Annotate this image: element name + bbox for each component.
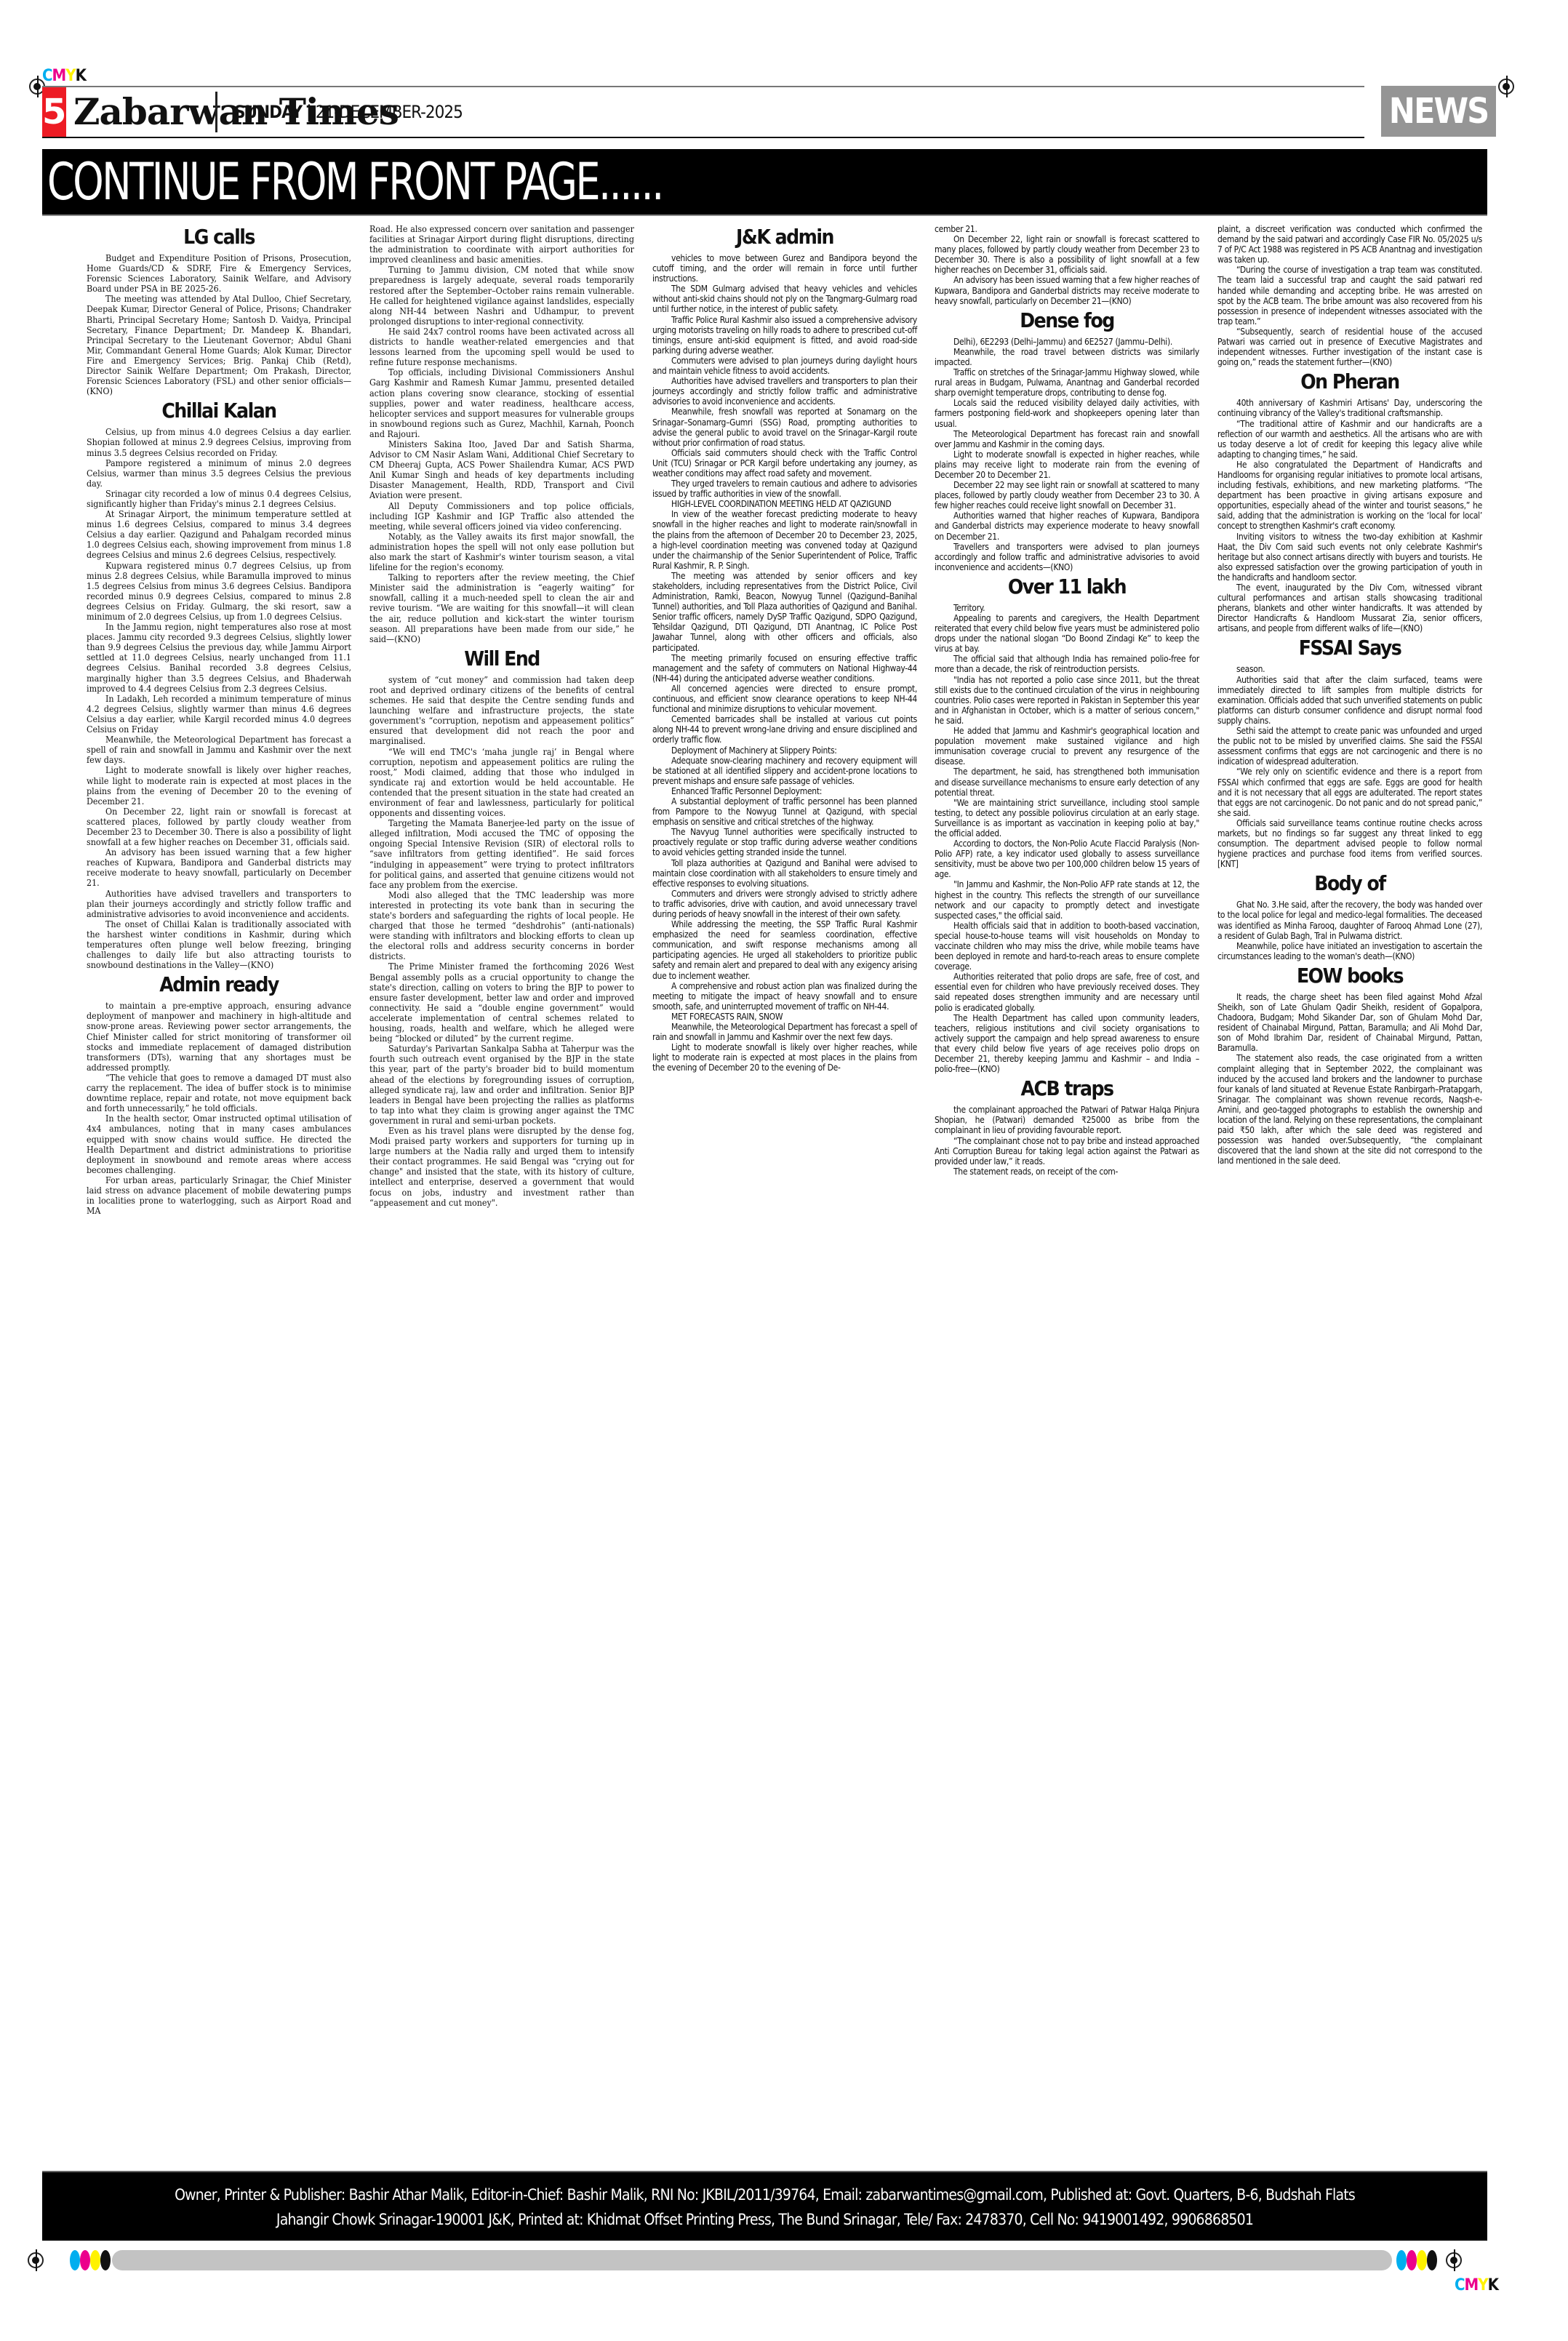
page-number: 5 xyxy=(42,87,66,137)
story-paragraph: Territory. xyxy=(935,603,1199,613)
imprint-line-2: Jahangir Chowk Srinagar-190001 J&K, Prin… xyxy=(42,2207,1487,2232)
yellow-swatch xyxy=(90,2250,100,2270)
story-paragraph: Light to moderate snowfall is expected i… xyxy=(935,449,1199,480)
black-swatch xyxy=(100,2250,111,2270)
story-paragraph: All Deputy Commissioners and top police … xyxy=(369,501,634,532)
cmyk-m: M xyxy=(52,67,66,85)
story-paragraph: Sethi said the attempt to create panic w… xyxy=(1217,726,1482,767)
story-paragraph: Ministers Sakina Itoo, Javed Dar and Sat… xyxy=(369,439,634,501)
cmyk-y: Y xyxy=(1478,2276,1487,2294)
column-1: LG callsBudget and Expenditure Position … xyxy=(87,224,351,1216)
story-paragraph: The official said that although India ha… xyxy=(935,654,1199,674)
registration-mark-icon xyxy=(1498,79,1514,95)
story-paragraph: The statement reads, on receipt of the c… xyxy=(935,1167,1199,1177)
cmyk-c: C xyxy=(1455,2276,1465,2294)
story-headline: LG calls xyxy=(87,224,351,250)
story-paragraph: season. xyxy=(1217,664,1482,674)
story-paragraph: Pampore registered a minimum of minus 2.… xyxy=(87,458,351,489)
story-paragraph: Light to moderate snowfall is likely ove… xyxy=(87,765,351,806)
imprint-footer: Owner, Printer & Publisher: Bashir Athar… xyxy=(42,2171,1487,2241)
story-paragraph: In the Jammu region, night temperatures … xyxy=(87,622,351,694)
story-paragraph: “The complainant chose not to pay bribe … xyxy=(935,1136,1199,1167)
story-paragraph: Kupwara registered minus 0.7 degrees Cel… xyxy=(87,561,351,623)
story-paragraph: According to doctors, the Non-Polio Acut… xyxy=(935,839,1199,879)
cmyk-k: K xyxy=(1488,2276,1498,2294)
story-paragraph: Officials said surveillance teams contin… xyxy=(1217,818,1482,869)
story-paragraph: 40th anniversary of Kashmiri Artisans' D… xyxy=(1217,398,1482,418)
story-paragraph: All concerned agencies were directed to … xyxy=(652,684,917,714)
story-paragraph: On December 22, light rain or snowfall i… xyxy=(87,807,351,847)
story-paragraph: On December 22, light rain or snowfall i… xyxy=(935,234,1199,275)
story-headline: FSSAI Says xyxy=(1217,635,1482,661)
story-paragraph: system of “cut money” and commission had… xyxy=(369,675,634,747)
story-paragraph: plaint, a discreet verification was cond… xyxy=(1217,224,1482,265)
column-2: Road. He also expressed concern over san… xyxy=(369,224,634,1208)
story-paragraph: Celsius, up from minus 4.0 degrees Celsi… xyxy=(87,427,351,457)
color-calibration-bar xyxy=(42,2250,1497,2270)
story-paragraph: Authorities said that after the claim su… xyxy=(1217,675,1482,726)
story-headline: Over 11 lakh xyxy=(935,574,1199,600)
story-paragraph: Talking to reporters after the review me… xyxy=(369,572,634,644)
story-paragraph: Light to moderate snowfall is likely ove… xyxy=(652,1042,917,1073)
story-paragraph: Road. He also expressed concern over san… xyxy=(369,224,634,265)
story-paragraph: "We are maintaining strict surveillance,… xyxy=(935,798,1199,839)
story-paragraph: A substantial deployment of traffic pers… xyxy=(652,796,917,827)
story-paragraph: “The vehicle that goes to remove a damag… xyxy=(87,1073,351,1113)
story-paragraph: In Ladakh, Leh recorded a minimum temper… xyxy=(87,694,351,735)
story-paragraph: Travellers and transporters were advised… xyxy=(935,542,1199,572)
story-paragraph: A comprehensive and robust action plan w… xyxy=(652,981,917,1012)
story-paragraph: An advisory has been issued warning that… xyxy=(87,847,351,888)
story-paragraph: Notably, as the Valley awaits its first … xyxy=(369,532,634,572)
story-paragraph: The SDM Gulmarg advised that heavy vehic… xyxy=(652,284,917,314)
story-paragraph: Meanwhile, the road travel between distr… xyxy=(935,347,1199,367)
story-paragraph: Authorities have advised travellers and … xyxy=(652,376,917,407)
column-5: plaint, a discreet verification was cond… xyxy=(1217,224,1482,1167)
magenta-swatch xyxy=(80,2250,90,2270)
story-paragraph: The onset of Chillai Kalan is traditiona… xyxy=(87,919,351,970)
story-paragraph: Commuters were advised to plan journeys … xyxy=(652,356,917,376)
story-paragraph: The statement also reads, the case origi… xyxy=(1217,1053,1482,1166)
cyan-swatch xyxy=(1396,2250,1407,2270)
story-headline: On Pheran xyxy=(1217,369,1482,395)
story-paragraph: December 22 may see light rain or snowfa… xyxy=(935,480,1199,511)
issue-day: SUNDAY xyxy=(234,102,302,122)
banner-title: CONTINUE FROM FRONT PAGE...... xyxy=(42,149,1285,215)
story-paragraph: Saturday's Parivartan Sankalpa Sabha at … xyxy=(369,1044,634,1126)
story-paragraph: The Prime Minister framed the forthcomin… xyxy=(369,961,634,1044)
story-paragraph: The meeting primarily focused on ensurin… xyxy=(652,653,917,684)
story-paragraph: An advisory has been issued warning that… xyxy=(935,275,1199,305)
story-paragraph: Turning to Jammu division, CM noted that… xyxy=(369,265,634,327)
registration-mark-icon xyxy=(1446,2252,1462,2268)
story-headline: Admin ready xyxy=(87,972,351,998)
grey-bar xyxy=(112,2250,1392,2270)
story-paragraph: Meanwhile, the Meteorological Department… xyxy=(87,735,351,765)
story-paragraph: He said 24x7 control rooms have been act… xyxy=(369,327,634,367)
magenta-swatch xyxy=(1407,2250,1417,2270)
story-paragraph: At Srinagar Airport, the minimum tempera… xyxy=(87,509,351,560)
page-banner: CONTINUE FROM FRONT PAGE...... xyxy=(42,149,1487,216)
story-paragraph: The meeting was attended by senior offic… xyxy=(652,571,917,653)
story-paragraph: He also congratulated the Department of … xyxy=(1217,460,1482,532)
story-paragraph: “Subsequently, search of residential hou… xyxy=(1217,327,1482,367)
story-paragraph: Modi also alleged that the TMC leadershi… xyxy=(369,890,634,962)
imprint-line-1: Owner, Printer & Publisher: Bashir Athar… xyxy=(42,2182,1487,2207)
story-paragraph: Inviting visitors to witness the two-day… xyxy=(1217,532,1482,583)
story-headline: Chillai Kalan xyxy=(87,398,351,424)
story-paragraph: Commuters and drivers were strongly advi… xyxy=(652,889,917,919)
story-paragraph: the complainant approached the Patwari o… xyxy=(935,1105,1199,1135)
cmyk-label-bottom: CMYK xyxy=(1455,2276,1498,2294)
story-paragraph: Enhanced Traffic Personnel Deployment: xyxy=(652,786,917,796)
story-paragraph: The Health Department has called upon co… xyxy=(935,1013,1199,1075)
story-paragraph: Delhi), 6E2293 (Delhi–Jammu) and 6E2527 … xyxy=(935,337,1199,347)
story-paragraph: vehicles to move between Gurez and Bandi… xyxy=(652,253,917,284)
story-paragraph: Traffic Police Rural Kashmir also issued… xyxy=(652,315,917,356)
column-4: cember 21.On December 22, light rain or … xyxy=(935,224,1199,1177)
masthead: 5 Zabarwan Times SUNDAY | 21-DECEMBER-20… xyxy=(42,86,1364,138)
story-paragraph: Authorities have advised travellers and … xyxy=(87,889,351,919)
column-3: J&K adminvehicles to move between Gurez … xyxy=(652,224,917,1073)
story-paragraph: Locals said the reduced visibility delay… xyxy=(935,398,1199,428)
story-paragraph: HIGH-LEVEL COORDINATION MEETING HELD AT … xyxy=(652,499,917,509)
story-paragraph: Health officials said that in addition t… xyxy=(935,921,1199,972)
story-paragraph: Cemented barricades shall be installed a… xyxy=(652,714,917,745)
story-paragraph: "India has not reported a polio case sin… xyxy=(935,675,1199,726)
story-paragraph: In the health sector, Omar instructed op… xyxy=(87,1113,351,1175)
story-paragraph: Officials said commuters should check wi… xyxy=(652,448,917,479)
cmyk-label-top: CMYK xyxy=(42,67,86,85)
story-paragraph: Traffic on stretches of the Srinagar-Jam… xyxy=(935,367,1199,398)
yellow-swatch xyxy=(1417,2250,1427,2270)
story-paragraph: The department, he said, has strengthene… xyxy=(935,767,1199,797)
story-headline: Dense fog xyxy=(935,308,1199,334)
story-paragraph: Meanwhile, the Meteorological Department… xyxy=(652,1022,917,1042)
black-swatch xyxy=(1427,2250,1437,2270)
story-paragraph: Appealing to parents and caregivers, the… xyxy=(935,613,1199,654)
story-paragraph: Toll plaza authorities at Qazigund and B… xyxy=(652,858,917,889)
story-paragraph: cember 21. xyxy=(935,224,1199,234)
story-paragraph: "In Jammu and Kashmir, the Non-Polio AFP… xyxy=(935,879,1199,920)
issue-date-value: 21-DECEMBER-2025 xyxy=(316,102,463,122)
story-paragraph: Ghat No. 3.He said, after the recovery, … xyxy=(1217,900,1482,940)
date-separator: | xyxy=(306,102,311,122)
story-paragraph: “We will end TMC's ‘maha jungle raj’ in … xyxy=(369,747,634,819)
story-paragraph: Deployment of Machinery at Slippery Poin… xyxy=(652,745,917,756)
story-paragraph: Authorities reiterated that polio drops … xyxy=(935,972,1199,1012)
story-paragraph: In view of the weather forecast predicti… xyxy=(652,509,917,571)
story-paragraph: The event, inaugurated by the Div Com, w… xyxy=(1217,583,1482,633)
story-paragraph: Authorities warned that higher reaches o… xyxy=(935,511,1199,541)
issue-date: SUNDAY | 21-DECEMBER-2025 xyxy=(234,99,463,125)
story-paragraph: MET FORECASTS RAIN, SNOW xyxy=(652,1012,917,1022)
story-paragraph: They urged travelers to remain cautious … xyxy=(652,479,917,499)
story-paragraph: Targeting the Mamata Banerjee-led party … xyxy=(369,818,634,890)
story-paragraph: Even as his travel plans were disrupted … xyxy=(369,1126,634,1208)
story-paragraph: For urban areas, particularly Srinagar, … xyxy=(87,1175,351,1216)
story-headline: EOW books xyxy=(1217,963,1482,989)
registration-mark-icon xyxy=(28,2252,44,2268)
story-paragraph: The Meteorological Department has foreca… xyxy=(935,429,1199,449)
story-paragraph: to maintain a pre-emptive approach, ensu… xyxy=(87,1001,351,1073)
story-paragraph: Srinagar city recorded a low of minus 0.… xyxy=(87,489,351,509)
section-tag: NEWS xyxy=(1381,86,1496,137)
cyan-swatch xyxy=(70,2250,80,2270)
story-paragraph: Adequate snow-clearing machinery and rec… xyxy=(652,756,917,786)
story-paragraph: Top officials, including Divisional Comm… xyxy=(369,367,634,439)
story-headline: Body of xyxy=(1217,871,1482,897)
story-paragraph: Meanwhile, fresh snowfall was reported a… xyxy=(652,407,917,447)
story-headline: ACB traps xyxy=(935,1076,1199,1102)
story-paragraph: The Navyug Tunnel authorities were speci… xyxy=(652,827,917,857)
story-paragraph: Meanwhile, police have initiated an inve… xyxy=(1217,941,1482,961)
story-headline: J&K admin xyxy=(652,224,917,250)
cmyk-k: K xyxy=(76,67,86,85)
story-paragraph: He added that Jammu and Kashmir's geogra… xyxy=(935,726,1199,767)
story-paragraph: While addressing the meeting, the SSP Tr… xyxy=(652,919,917,981)
story-paragraph: It reads, the charge sheet has been file… xyxy=(1217,992,1482,1054)
story-paragraph: “We rely only on scientific evidence and… xyxy=(1217,767,1482,817)
story-paragraph: “The traditional attire of Kashmir and o… xyxy=(1217,419,1482,460)
masthead-divider xyxy=(215,92,217,132)
cmyk-m: M xyxy=(1465,2276,1479,2294)
story-paragraph: Budget and Expenditure Position of Priso… xyxy=(87,253,351,294)
story-paragraph: The meeting was attended by Atal Dulloo,… xyxy=(87,294,351,396)
cmyk-y: Y xyxy=(65,67,75,85)
story-paragraph: “During the course of investigation a tr… xyxy=(1217,265,1482,327)
story-headline: Will End xyxy=(369,646,634,672)
